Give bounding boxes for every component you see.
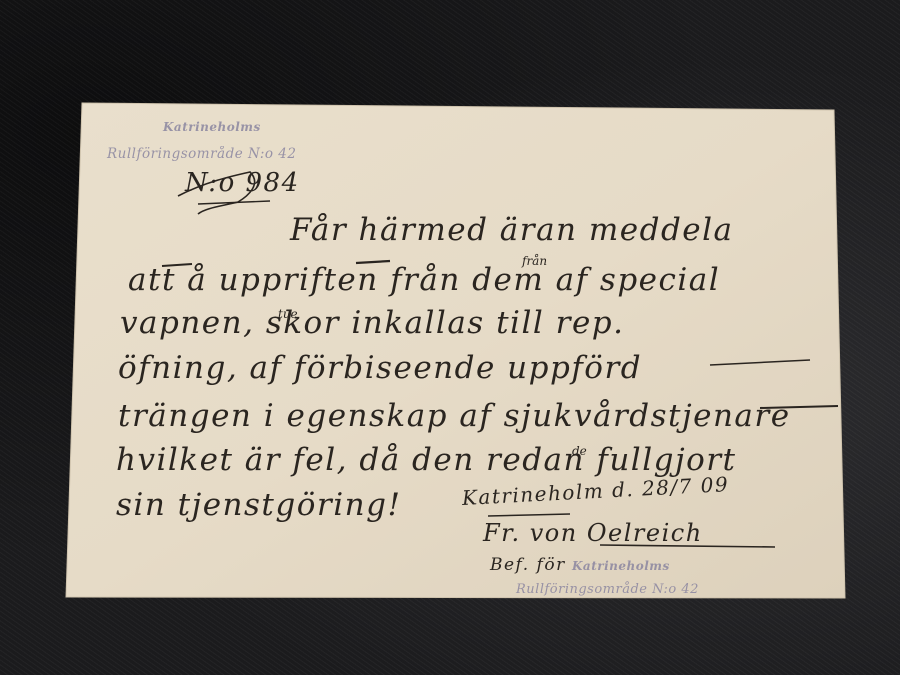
stamp-top-district: Rullföringsområde N:o 42	[107, 146, 296, 162]
signature: Fr. von Oelreich	[483, 519, 703, 547]
stamp-bottom-organization: Katrineholms	[572, 559, 670, 573]
postcard: Katrineholms Rullföringsområde N:o 42 N:…	[0, 0, 900, 675]
message-line-1: Får härmed äran meddela	[290, 212, 734, 248]
serial-number: N:o 984	[185, 168, 300, 198]
message-line-3: vapnen, skor inkallas till rep.	[120, 305, 625, 341]
message-line-7: sin tjenstgöring!	[116, 487, 401, 523]
stamp-bottom-district: Rullföringsområde N:o 42	[516, 582, 699, 597]
insertion-word: från	[522, 254, 547, 268]
message-line-4: öfning, af förbiseende uppförd	[118, 350, 642, 386]
stamp-top-organization: Katrineholms	[163, 120, 261, 134]
signature-title: Bef. för	[490, 555, 566, 575]
message-line-6: hvilket är fel, då den redan fullgjort	[116, 442, 737, 478]
insertion-word: de	[572, 444, 587, 458]
insertion-word: tue	[278, 307, 298, 321]
message-line-5: trängen i egenskap af sjukvårdstjenare	[118, 398, 791, 434]
message-line-2: att å uppriften från dem af special	[128, 262, 720, 298]
